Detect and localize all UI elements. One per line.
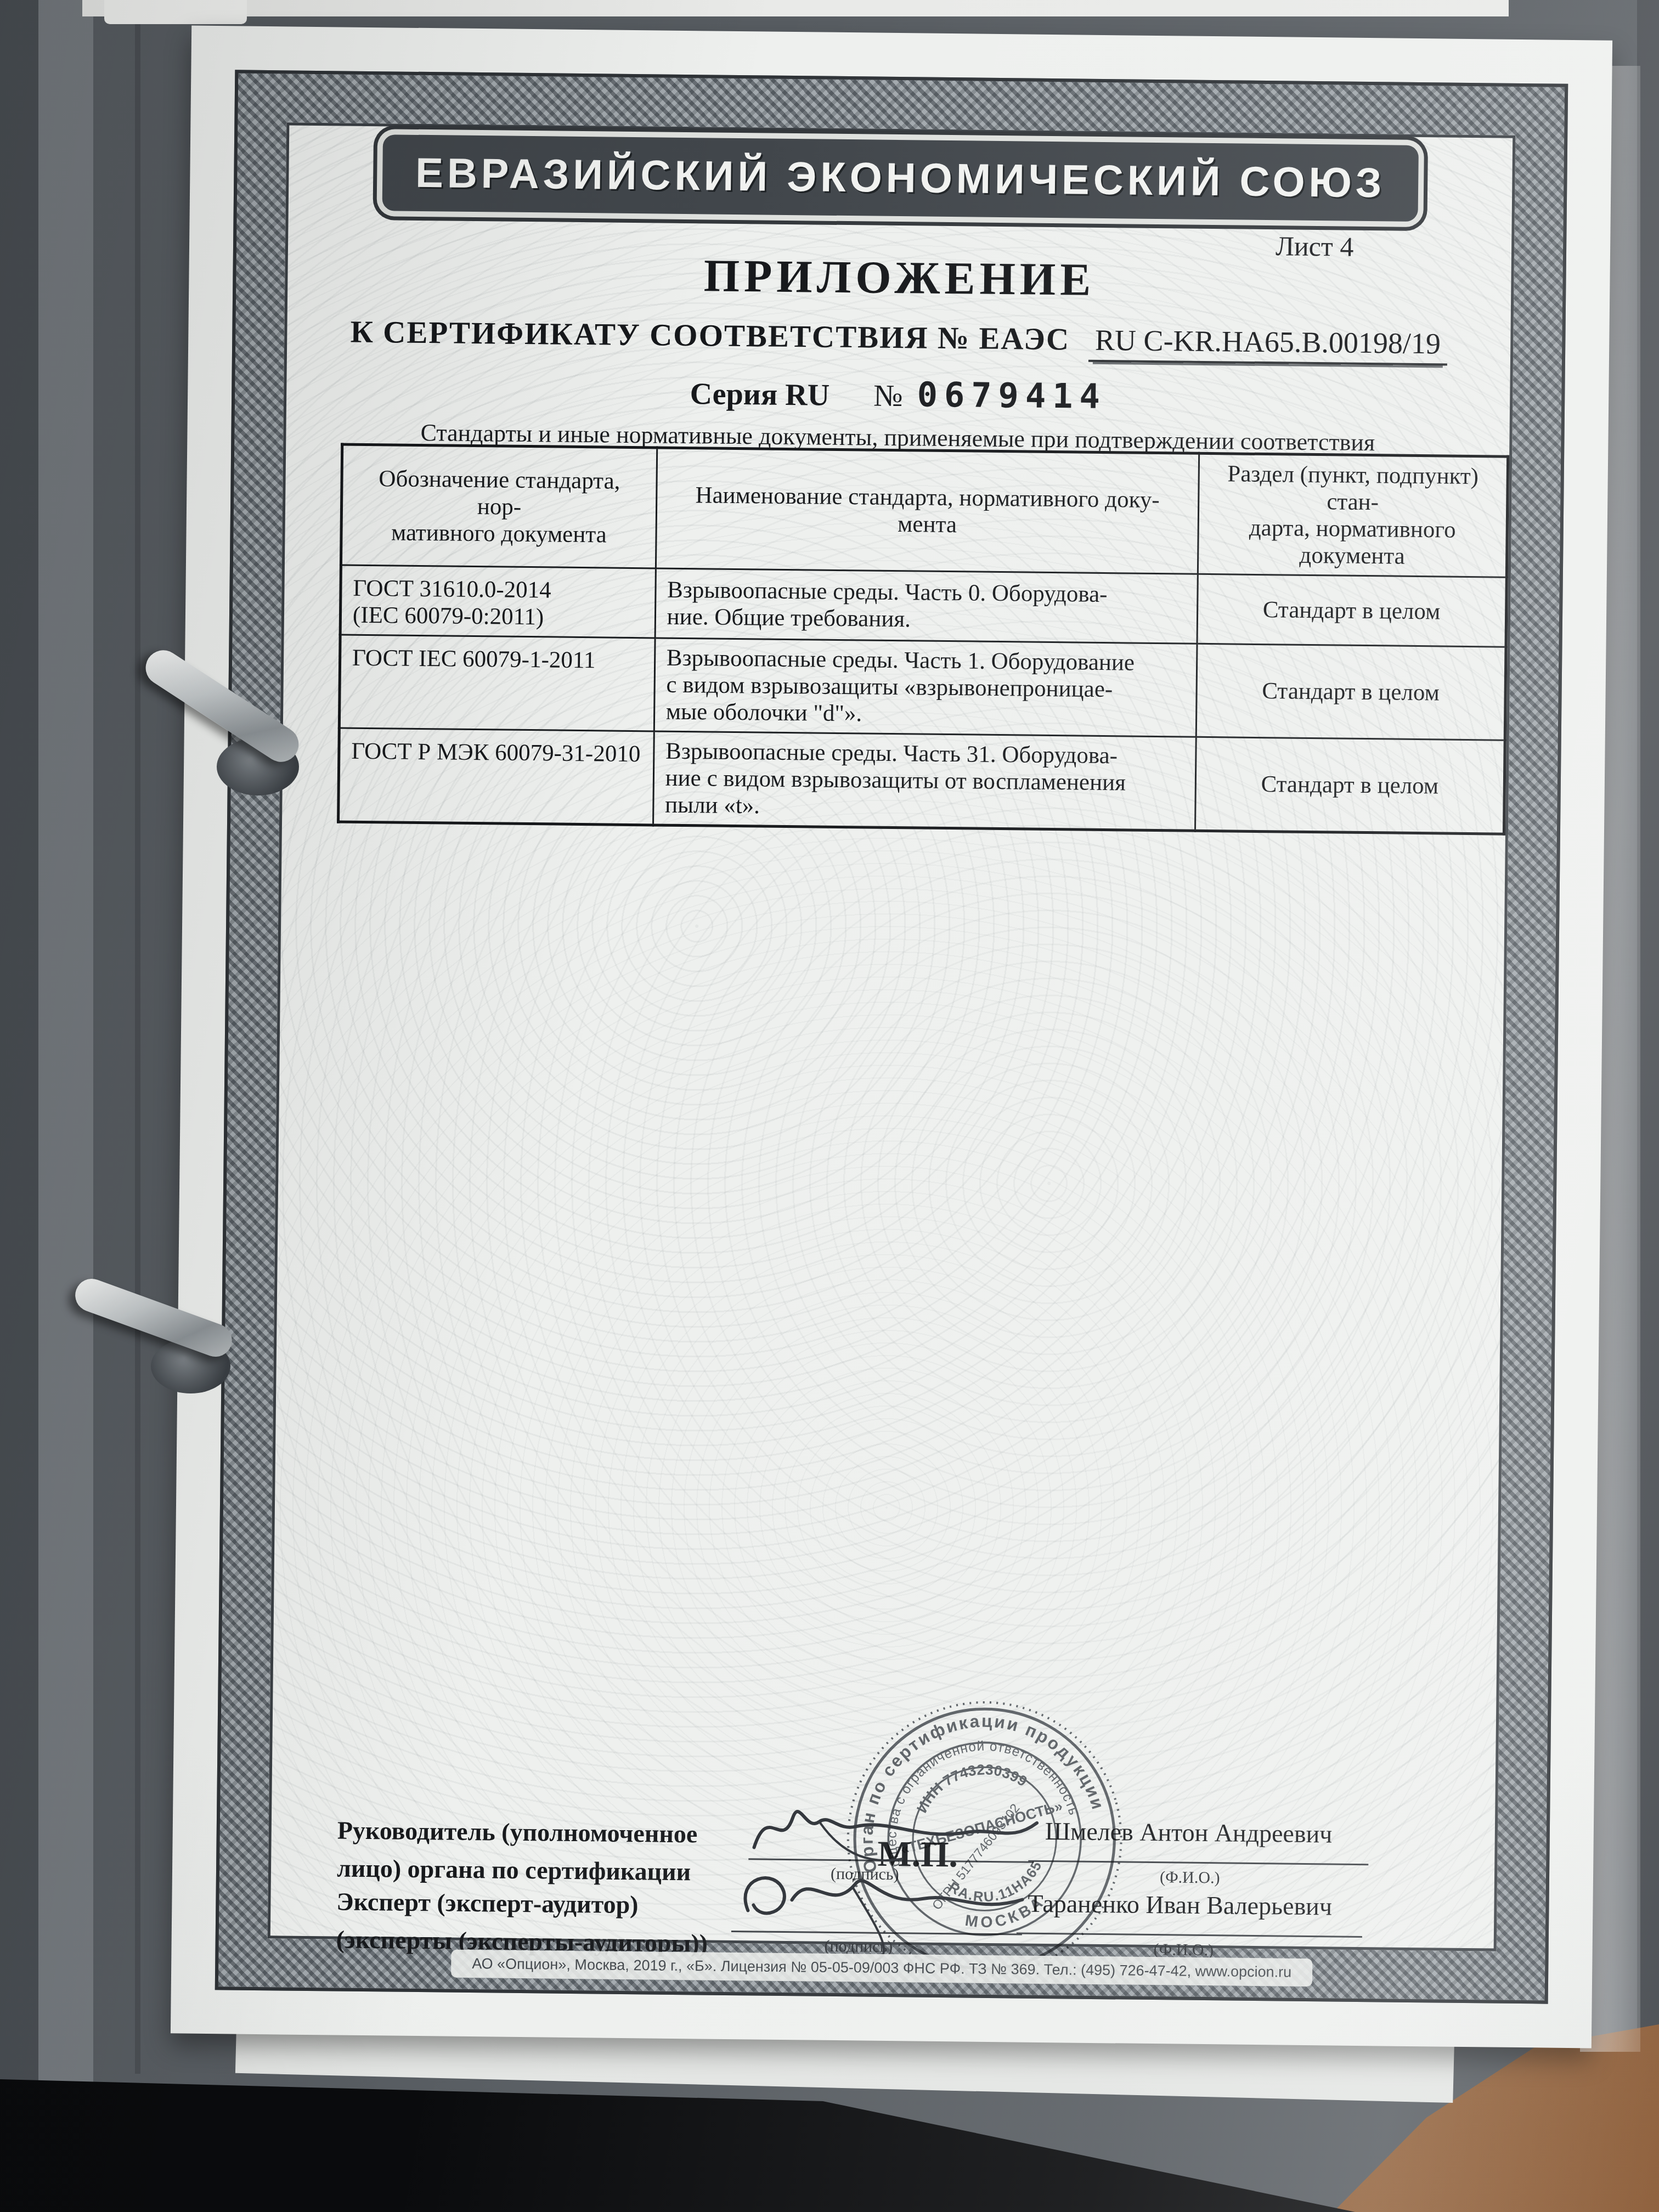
folder-right-edge xyxy=(1637,0,1659,2212)
table-row: ГОСТ 31610.0-2014 (IEC 60079-0:2011) Взр… xyxy=(340,565,1506,647)
standard-section: Стандарт в целом xyxy=(1196,644,1506,740)
standard-code: ГОСТ IEC 60079-1-2011 xyxy=(339,635,654,731)
table-header-row: Обозначение стандарта, нор- мативного до… xyxy=(341,444,1508,577)
header-standard-name: Наименование стандарта, нормативного док… xyxy=(656,448,1199,574)
standard-section: Стандарт в целом xyxy=(1195,737,1505,834)
standard-code: ГОСТ 31610.0-2014 (IEC 60079-0:2011) xyxy=(340,565,656,638)
serial-number: 0679414 xyxy=(917,374,1107,416)
serial-number-group: №0679414 xyxy=(873,374,1107,416)
head-of-body-label: Руководитель (уполномоченное лицо) орган… xyxy=(337,1812,831,1892)
standard-section: Стандарт в целом xyxy=(1197,574,1506,647)
folder-left-edge xyxy=(0,0,93,2212)
table-row: ГОСТ IEC 60079-1-2011 Взрывоопасные сред… xyxy=(339,635,1506,740)
header-standard-designation: Обозначение стандарта, нор- мативного до… xyxy=(341,444,657,568)
header-standard-section: Раздел (пункт, подпункт) стан- дарта, но… xyxy=(1198,453,1508,577)
table-row: ГОСТ Р МЭК 60079-31-2010 Взрывоопасные с… xyxy=(338,728,1505,834)
standard-title: Взрывоопасные среды. Часть 0. Оборудова-… xyxy=(655,568,1198,644)
certificate-number: RU C-KR.HA65.B.00198/19 xyxy=(1088,324,1448,366)
standard-code: ГОСТ Р МЭК 60079-31-2010 xyxy=(338,728,654,825)
folder-crease xyxy=(135,0,140,2074)
photo-scene: ЕВРАЗИЙСКИЙ ЭКОНОМИЧЕСКИЙ СОЮЗ Лист 4 ПР… xyxy=(0,0,1659,2212)
eaeu-banner: ЕВРАЗИЙСКИЙ ЭКОНОМИЧЕСКИЙ СОЮЗ xyxy=(382,134,1419,222)
plastic-sleeve-top-edge xyxy=(82,0,1509,16)
standards-table: Обозначение стандарта, нор- мативного до… xyxy=(337,443,1509,835)
fio-caption: (Ф.И.О.) xyxy=(1160,1868,1220,1887)
plastic-sleeve-corner xyxy=(104,0,247,24)
serial-prefix: № xyxy=(873,379,903,414)
standard-title: Взрывоопасные среды. Часть 1. Оборудован… xyxy=(654,638,1197,737)
certificate-sheet: ЕВРАЗИЙСКИЙ ЭКОНОМИЧЕСКИЙ СОЮЗ Лист 4 ПР… xyxy=(171,26,1612,2049)
standard-title: Взрывоопасные среды. Часть 31. Оборудова… xyxy=(653,731,1196,831)
certificate-label: К СЕРТИФИКАТУ СООТВЕТСТВИЯ № ЕАЭС xyxy=(350,315,1070,357)
series-label: Серия RU xyxy=(690,376,830,413)
